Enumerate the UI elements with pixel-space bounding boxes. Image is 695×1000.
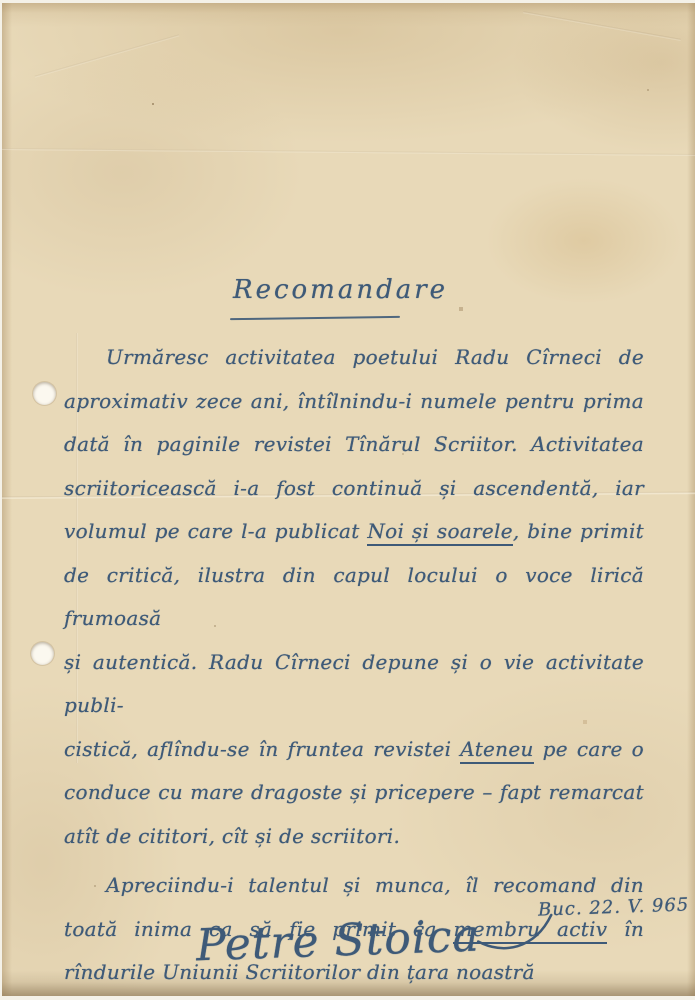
- text-segment: și autentică. Radu Cîrneci depune și o v…: [64, 650, 644, 718]
- text-segment: volumul pe care l-a publicat: [64, 519, 367, 543]
- underlined-phrase: Ateneu: [460, 737, 533, 764]
- text-segment: scriitoricească i-a fost continuă și asc…: [64, 476, 644, 500]
- letter-line: scriitoricească i-a fost continuă și asc…: [64, 467, 644, 511]
- text-segment: cistică, aflîndu-se în fruntea revistei: [64, 737, 460, 761]
- text-segment: Urmăresc activitatea poetului Radu Cîrne…: [106, 345, 644, 369]
- text-segment: de critică, ilustra din capul locului o …: [64, 563, 644, 631]
- text-segment: atît de cititori, cît și de scriitori.: [64, 824, 400, 848]
- title-underline: [230, 316, 400, 320]
- letter-line: cistică, aflîndu-se în fruntea revistei …: [64, 728, 644, 772]
- text-segment: , bine primit: [513, 519, 644, 543]
- punch-hole-bottom: [31, 642, 54, 665]
- text-segment: în: [607, 917, 644, 941]
- text-segment: aproximativ zece ani, întîlnindu-i numel…: [64, 389, 644, 413]
- paper-specks: [152, 103, 154, 105]
- letter-title: Recomandare: [233, 275, 448, 305]
- letter-line: conduce cu mare dragoste și pricepere – …: [64, 771, 644, 815]
- crease-line-horizontal: [2, 148, 695, 156]
- text-segment: Apreciindu-i talentul și munca, îl recom…: [106, 873, 644, 897]
- signature-name: Petre Stoica: [195, 910, 480, 971]
- signature-flourish: [475, 907, 562, 954]
- letter-line: Urmăresc activitatea poetului Radu Cîrne…: [64, 336, 644, 380]
- letter-line: volumul pe care l-a publicat Noi și soar…: [64, 510, 644, 554]
- scan-canvas: { "colors": { "paper": "#e8d9b8", "ink":…: [0, 0, 695, 1000]
- text-segment: conduce cu mare dragoste și pricepere – …: [64, 780, 644, 804]
- letter-line: dată în paginile revistei Tînărul Scriit…: [64, 423, 644, 467]
- letter-line: și autentică. Radu Cîrneci depune și o v…: [64, 641, 644, 728]
- text-segment: dată în paginile revistei Tînărul Scriit…: [64, 432, 644, 456]
- paper-sheet: Recomandare Urmăresc activitatea poetulu…: [2, 3, 695, 996]
- text-segment: pe care o: [534, 737, 644, 761]
- letter-line: de critică, ilustra din capul locului o …: [64, 554, 644, 641]
- crease-line-diagonal: [523, 11, 681, 41]
- letter-line: aproximativ zece ani, întîlnindu-i numel…: [64, 380, 644, 424]
- crease-line-diagonal: [35, 34, 180, 77]
- letter-line: atît de cititori, cît și de scriitori.: [64, 815, 644, 859]
- punch-hole-top: [33, 382, 56, 405]
- underlined-phrase: Noi și soarele: [367, 519, 513, 546]
- letter-body: Urmăresc activitatea poetului Radu Cîrne…: [64, 336, 644, 995]
